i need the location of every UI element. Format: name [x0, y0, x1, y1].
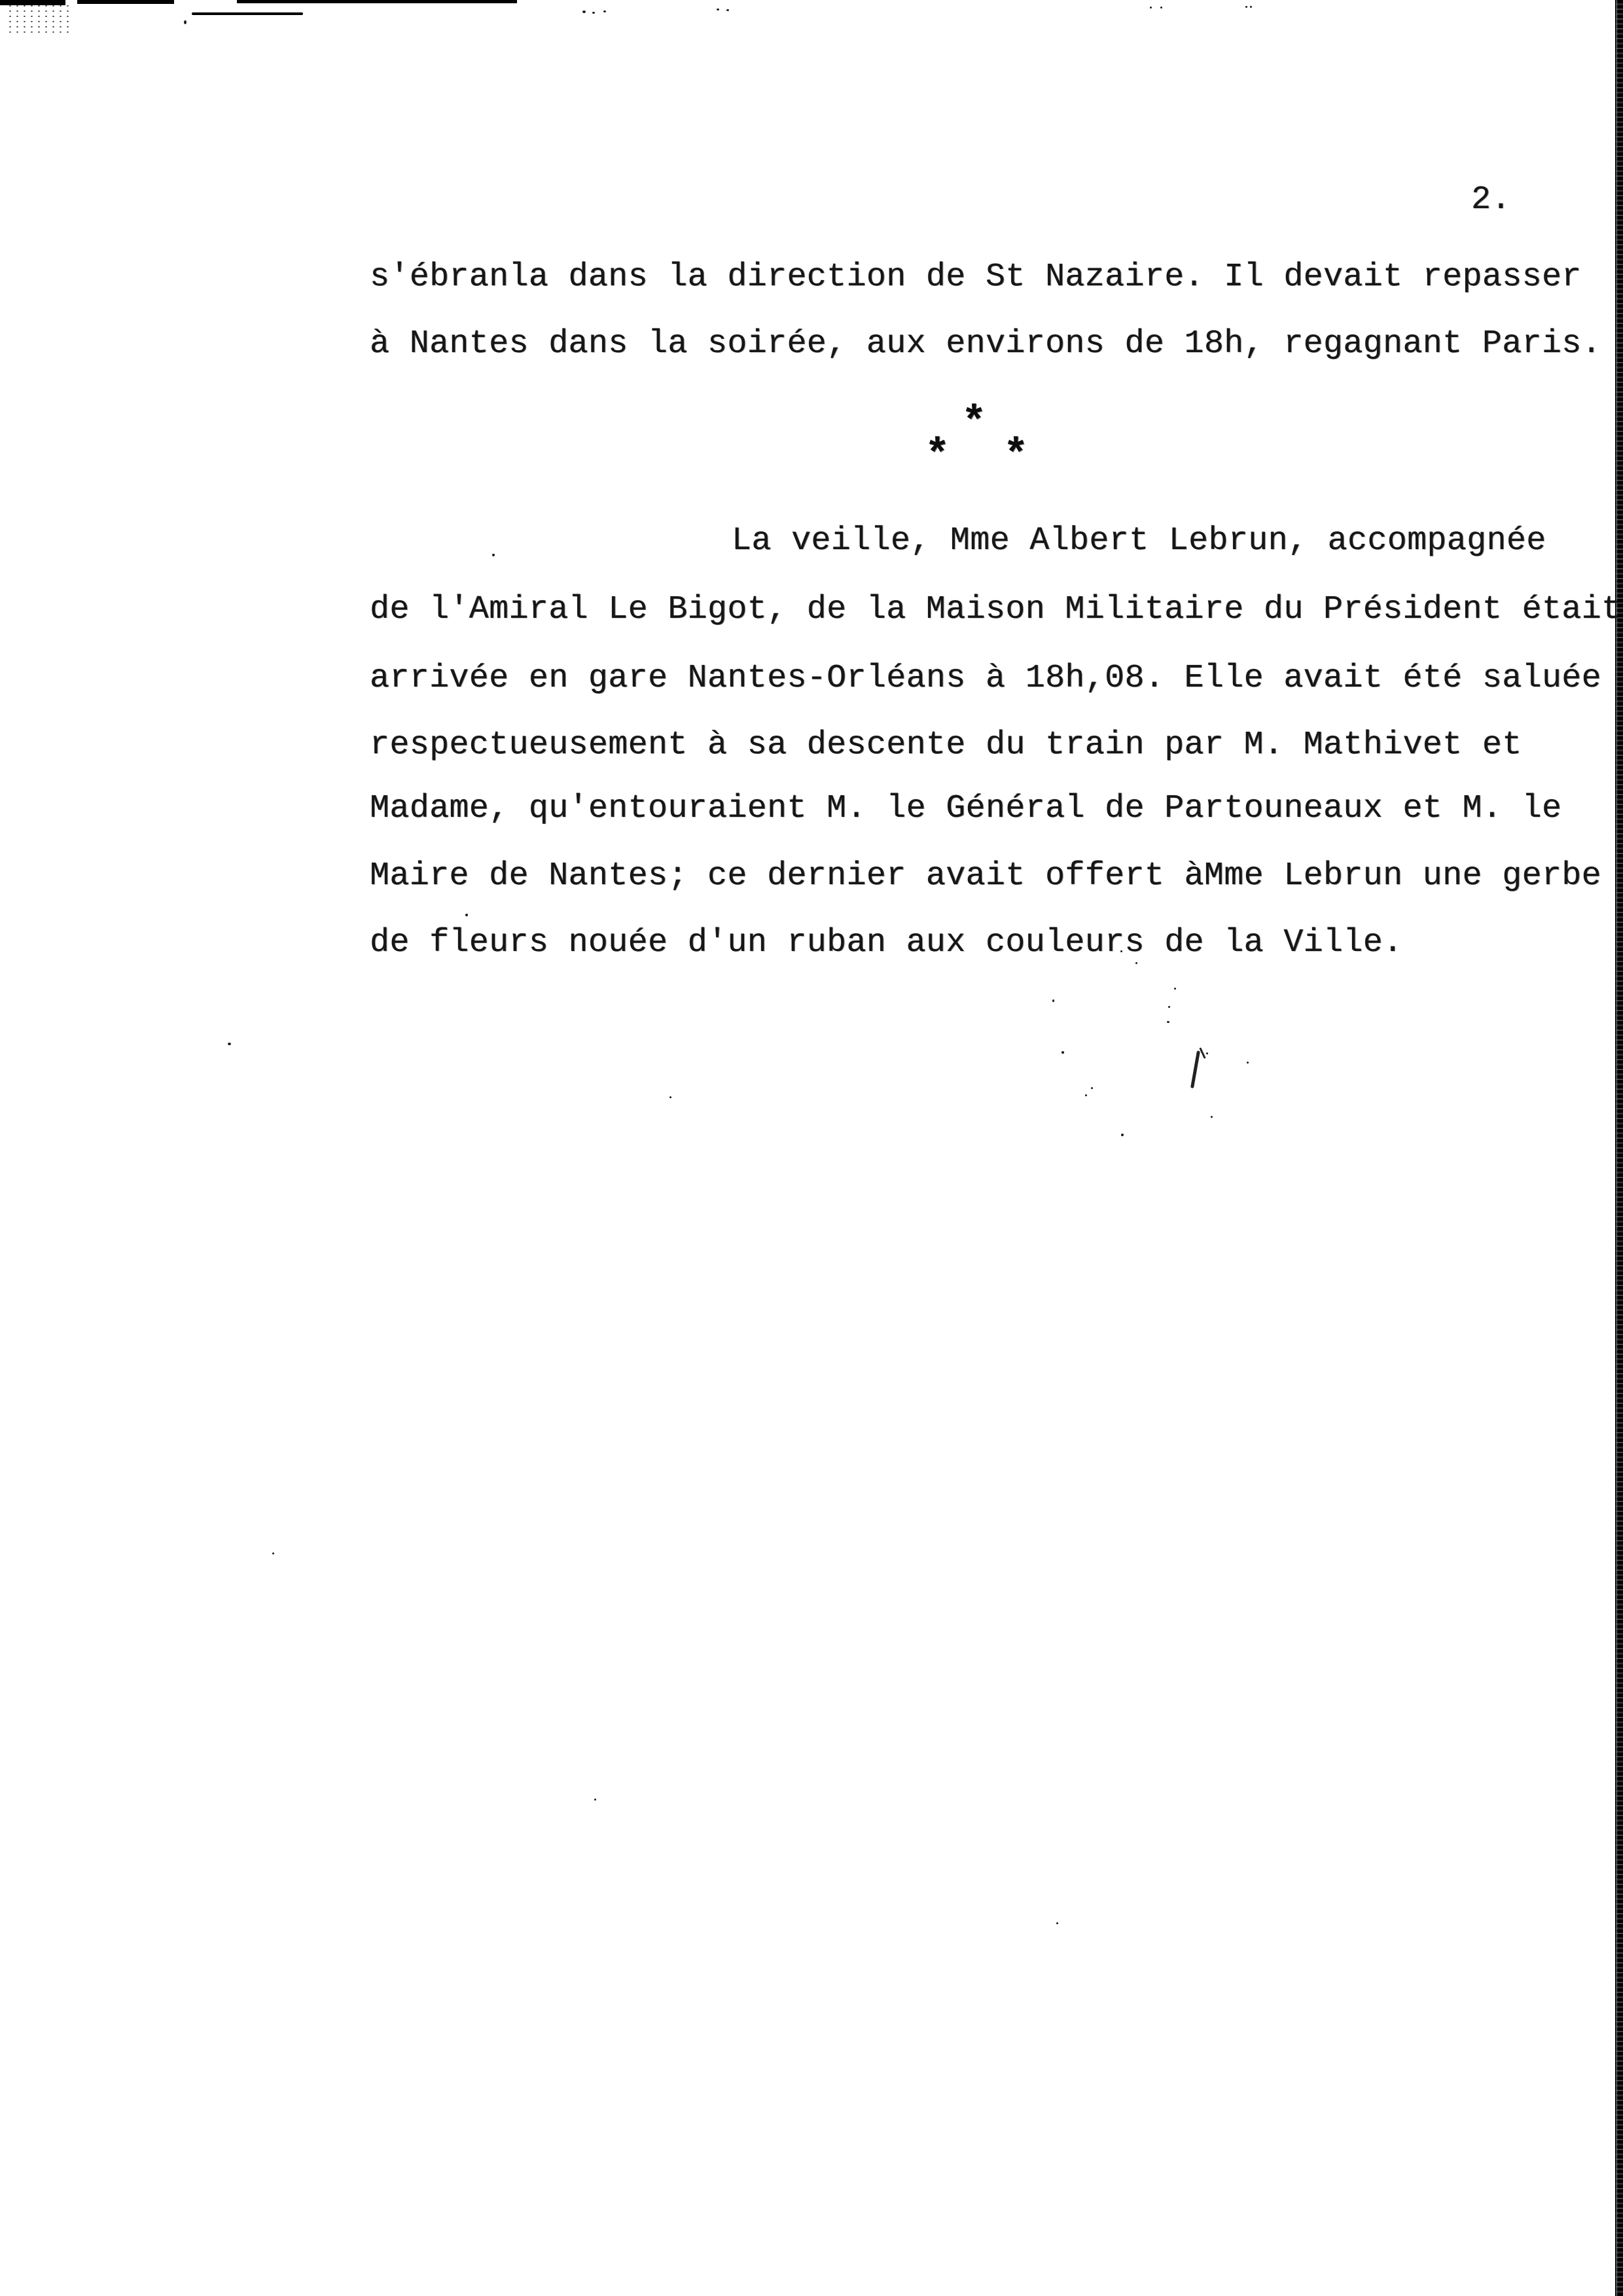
paragraph2-line5: Madame, qu'entouraient M. le Général de … — [370, 793, 1561, 825]
ink-speck — [1174, 988, 1176, 990]
ink-speck — [1160, 7, 1162, 9]
ink-speck — [492, 554, 495, 556]
ink-speck — [1247, 1062, 1249, 1064]
paragraph2-line6: Maire de Nantes; ce dernier avait offert… — [370, 860, 1601, 893]
paragraph1-line2: à Nantes dans la soirée, aux environs de… — [370, 328, 1601, 361]
ink-speck — [228, 1043, 231, 1045]
ink-speck — [465, 914, 468, 916]
ink-speck — [594, 1799, 596, 1801]
paragraph2-line2: de l'Amiral Le Bigot, de la Maison Milit… — [370, 594, 1621, 626]
ink-speck — [272, 1552, 274, 1554]
asterisk-icon: * — [961, 403, 986, 444]
ink-speck — [1150, 7, 1152, 9]
ink-speck — [603, 10, 606, 12]
ink-speck — [1211, 1116, 1213, 1118]
ink-speck — [1091, 1087, 1093, 1089]
ink-speck — [1206, 1052, 1208, 1054]
scan-edge-right — [1615, 0, 1623, 2296]
scan-artifact-top-strip — [77, 0, 174, 4]
ink-speck — [1167, 1021, 1169, 1023]
ink-speck — [1061, 1051, 1064, 1054]
scan-noise-cluster — [7, 3, 69, 33]
asterisk-icon: * — [925, 435, 950, 477]
ink-speck — [184, 20, 187, 24]
pencil-squiggle — [1190, 1050, 1200, 1088]
scanned-document-page: 2. s'ébranla dans la direction de St Naz… — [0, 0, 1623, 2296]
paragraph2-line4: respectueusement à sa descente du train … — [370, 729, 1522, 762]
ink-speck — [592, 12, 595, 14]
scan-artifact-top-strip — [237, 0, 517, 3]
ink-speck — [726, 9, 729, 11]
asterisk-icon: * — [1003, 435, 1028, 477]
ink-speck — [1056, 1922, 1058, 1924]
ink-speck — [1052, 999, 1054, 1002]
pencil-squiggle — [1199, 1047, 1205, 1059]
ink-speck — [1120, 950, 1122, 952]
ink-speck — [582, 10, 586, 13]
paragraph1-line1: s'ébranla dans la direction de St Nazair… — [370, 261, 1582, 294]
ink-speck — [669, 1096, 671, 1098]
ink-speck — [1085, 1094, 1087, 1096]
paragraph2-line7: de fleurs nouée d'un ruban aux couleurs … — [370, 927, 1402, 960]
paragraph2-line3: arrivée en gare Nantes-Orléans à 18h,08.… — [370, 662, 1601, 695]
ink-speck — [1135, 962, 1137, 964]
paragraph2-line1: La veille, Mme Albert Lebrun, accompagné… — [732, 525, 1546, 558]
scan-artifact-top-line — [192, 12, 303, 15]
ink-speck — [1121, 1134, 1124, 1136]
ink-speck — [1245, 6, 1247, 8]
ink-speck — [717, 9, 719, 10]
page-number: 2. — [1471, 184, 1511, 217]
ink-speck — [1168, 1006, 1170, 1008]
ink-speck — [1250, 6, 1252, 8]
